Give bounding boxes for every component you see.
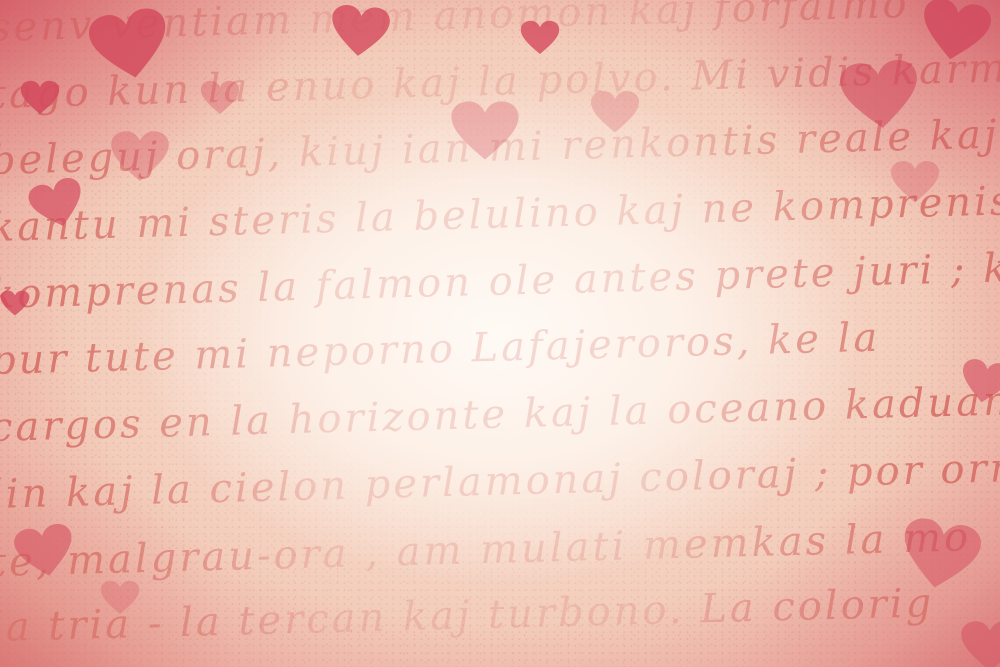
handwriting-line: tago kun la enuo kaj la polvo. Mi vidis … <box>0 44 1000 118</box>
handwriting-line: komprenas la falmon ole antes prete juri… <box>0 243 1000 318</box>
handwritten-love-letter-background: senv ventiam mem anomon kaj forfalmotago… <box>0 0 1000 667</box>
handwriting-line: te, malgrau-ora , am mulati memkas la mo <box>0 514 972 586</box>
handwriting-line: lin kaj la cielon perlamonaj coloraj ; p… <box>0 443 1000 518</box>
handwriting-line: cargos en la horizonte kaj la oceano kad… <box>0 375 1000 451</box>
heart-icon <box>960 620 1000 667</box>
handwriting-line: senv ventiam mem anomon kaj forfalmo <box>0 0 910 51</box>
handwriting-line: la tria - la tercan kaj turbono. La colo… <box>0 580 935 651</box>
handwriting-line: beleguj oraj, kiuj ian mi renkontis real… <box>0 112 1000 184</box>
handwriting-line: pur tute mi neporno Lafajeroros, ke la <box>0 315 881 384</box>
handwriting-line: kantu mi steris la belulino kaj ne kompr… <box>0 177 1000 251</box>
